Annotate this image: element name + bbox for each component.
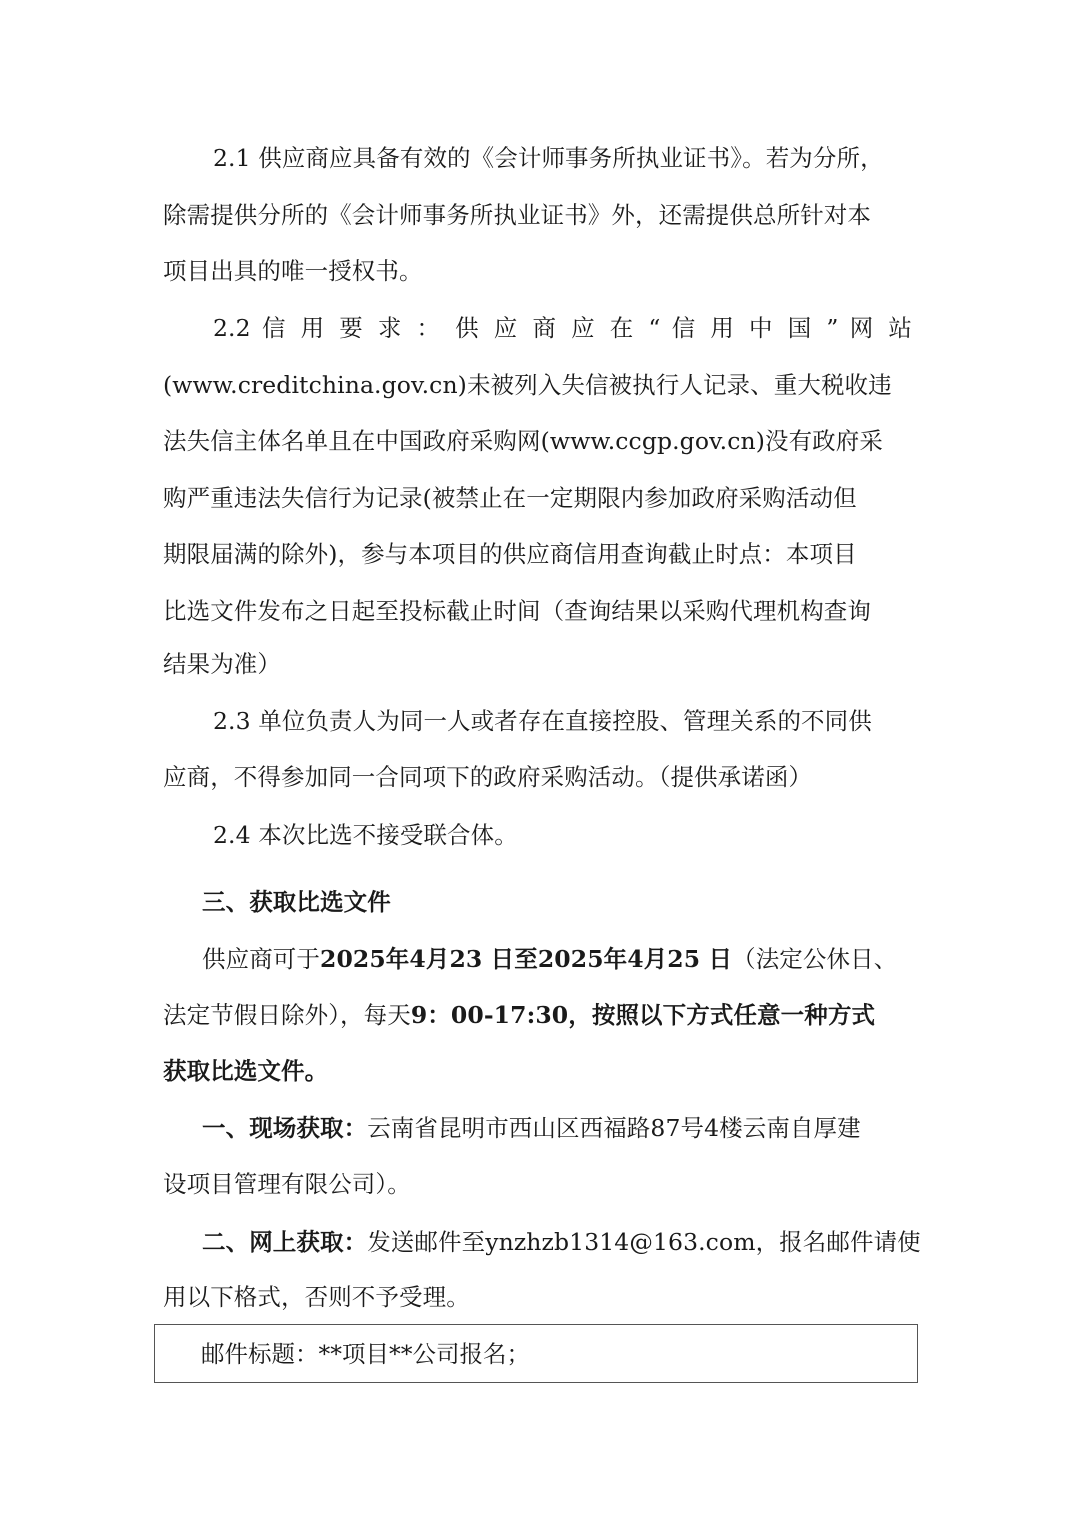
section-2-1-line-2: 除需提供分所的《会计师事务所执业证书》外，还需提供总所针对本 bbox=[163, 198, 912, 232]
section-2-4-line: 2.4 本次比选不接受联合体。 bbox=[213, 818, 912, 852]
mail-title-format: 邮件标题：**项目**公司报名； bbox=[201, 1337, 530, 1371]
section-2-2-line-6: 比选文件发布之日起至投标截止时间（查询结果以采购代理机构查询 bbox=[163, 594, 912, 628]
email-link[interactable]: ynzhzb1314@163.com bbox=[485, 1228, 755, 1256]
online-instruction: ，报名邮件请使 bbox=[756, 1228, 921, 1256]
section-3-para-line-2: 法定节假日除外），每天9：00-17:30，按照以下方式任意一种方式 bbox=[163, 998, 912, 1032]
section-2-3-line-2: 应商，不得参加同一合同项下的政府采购活动。（提供承诺函） bbox=[163, 760, 912, 794]
section-2-2-line-2: (www.creditchina.gov.cn)未被列入失信被执行人记录、重大税… bbox=[163, 368, 912, 402]
section-2-2-line-3: 法失信主体名单且在中国政府采购网(www.ccgp.gov.cn)没有政府采 bbox=[163, 424, 912, 458]
section-2-2-line-4: 购严重违法失信行为记录(被禁止在一定期限内参加政府采购活动但 bbox=[163, 481, 912, 515]
section-2-2-line-1: 2.2 信 用 要 求 ： 供 应 商 应 在 “ 信 用 中 国 ” 网 站 bbox=[213, 311, 912, 345]
section-2-2-line-5: 期限届满的除外)，参与本项目的供应商信用查询截止时点：本项目 bbox=[163, 537, 912, 571]
onsite-address: 云南省昆明市西山区西福路87号4楼云南自厚建 bbox=[367, 1114, 861, 1142]
holiday-note-cont: 法定节假日除外），每天 bbox=[163, 1001, 411, 1029]
section-2-3-line-1: 2.3 单位负责人为同一人或者存在直接控股、管理关系的不同供 bbox=[213, 704, 912, 738]
online-intro: 发送邮件至 bbox=[367, 1228, 485, 1256]
section-3-para-line-1: 供应商可于2025年4月23 日至2025年4月25 日（法定公休日、 bbox=[202, 942, 912, 976]
online-label: 二、网上获取： bbox=[202, 1228, 367, 1256]
onsite-line-1: 一、现场获取：云南省昆明市西山区西福路87号4楼云南自厚建 bbox=[202, 1111, 912, 1145]
section-2-2-line-7: 结果为准） bbox=[163, 647, 912, 681]
online-line-2: 用以下格式，否则不予受理。 bbox=[163, 1280, 912, 1314]
section-2-1-line-3: 项目出具的唯一授权书。 bbox=[163, 254, 912, 288]
online-line-1: 二、网上获取：发送邮件至ynzhzb1314@163.com，报名邮件请使 bbox=[202, 1225, 912, 1259]
section-3-heading: 三、获取比选文件 bbox=[202, 885, 912, 919]
hours-and-method: 9：00-17:30，按照以下方式任意一种方式 bbox=[411, 1001, 875, 1029]
section-3-para-line-3: 获取比选文件。 bbox=[163, 1054, 912, 1088]
para-intro: 供应商可于 bbox=[202, 945, 320, 973]
holiday-note: （法定公休日、 bbox=[732, 945, 897, 973]
onsite-label: 一、现场获取： bbox=[202, 1114, 367, 1142]
section-2-1-line-1: 2.1 供应商应具备有效的《会计师事务所执业证书》。若为分所， bbox=[213, 141, 912, 175]
mail-format-box: 邮件标题：**项目**公司报名； bbox=[154, 1324, 918, 1383]
onsite-line-2: 设项目管理有限公司）。 bbox=[163, 1167, 912, 1201]
date-range: 2025年4月23 日至2025年4月25 日 bbox=[320, 945, 732, 973]
